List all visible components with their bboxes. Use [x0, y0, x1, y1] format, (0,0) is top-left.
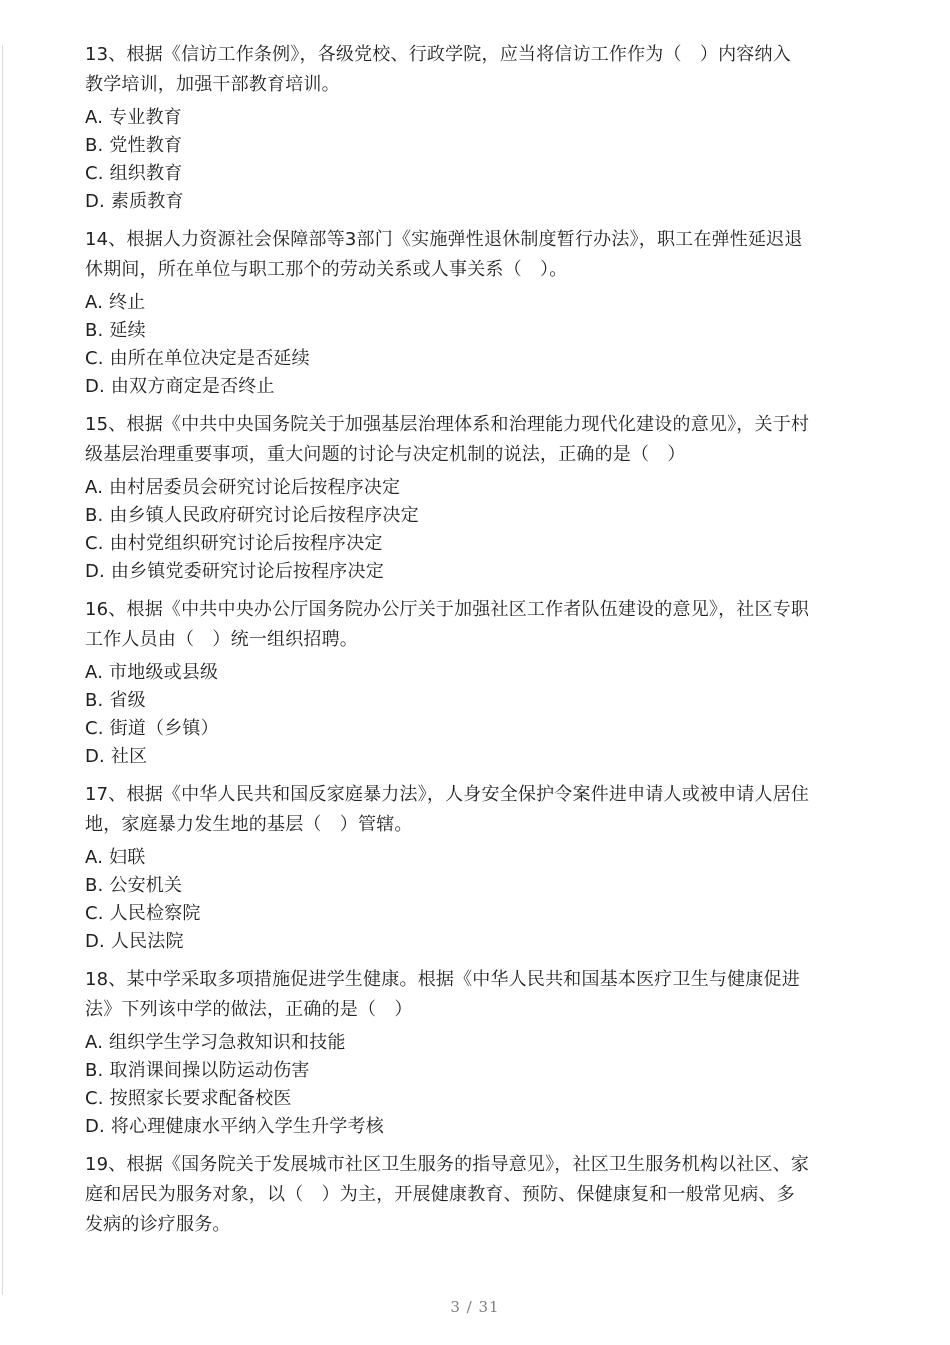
option-line: B. 取消课间操以防运动伤害: [85, 1057, 875, 1085]
option-line: A. 终止: [85, 289, 875, 317]
question-text: 18、某中学采取多项措施促进学生健康。根据《中华人民共和国基本医疗卫生与健康促进…: [85, 965, 875, 1025]
question-text-line: 庭和居民为服务对象，以（ ）为主，开展健康教育、预防、保健康复和一般常见病、多: [85, 1180, 875, 1210]
option-line: D. 素质教育: [85, 188, 875, 216]
question-options: A. 专业教育B. 党性教育C. 组织教育D. 素质教育: [85, 104, 875, 216]
option-line: D. 由双方商定是否终止: [85, 373, 875, 401]
question-block: 13、根据《信访工作条例》，各级党校、行政学院，应当将信访工作作为（ ）内容纳入…: [85, 40, 875, 216]
question-text-line: 18、某中学采取多项措施促进学生健康。根据《中华人民共和国基本医疗卫生与健康促进: [85, 965, 875, 995]
question-text-line: 教学培训，加强干部教育培训。: [85, 70, 875, 100]
option-line: C. 按照家长要求配备校医: [85, 1085, 875, 1113]
question-text-line: 19、根据《国务院关于发展城市社区卫生服务的指导意见》，社区卫生服务机构以社区、…: [85, 1150, 875, 1180]
question-block: 18、某中学采取多项措施促进学生健康。根据《中华人民共和国基本医疗卫生与健康促进…: [85, 965, 875, 1141]
page-number: 3 / 31: [450, 1298, 499, 1316]
page-edge-divider: [2, 45, 3, 1295]
option-line: D. 人民法院: [85, 928, 875, 956]
question-text-line: 级基层治理重要事项，重大问题的讨论与决定机制的说法，正确的是（ ）: [85, 440, 875, 470]
question-text-line: 休期间，所在单位与职工那个的劳动关系或人事关系（ ）。: [85, 255, 875, 285]
question-options: A. 由村居委员会研究讨论后按程序决定B. 由乡镇人民政府研究讨论后按程序决定C…: [85, 474, 875, 586]
question-options: A. 终止B. 延续C. 由所在单位决定是否延续D. 由双方商定是否终止: [85, 289, 875, 401]
option-line: C. 街道（乡镇）: [85, 715, 875, 743]
option-line: B. 公安机关: [85, 872, 875, 900]
option-line: B. 党性教育: [85, 132, 875, 160]
option-line: B. 省级: [85, 687, 875, 715]
question-text: 16、根据《中共中央办公厅国务院办公厅关于加强社区工作者队伍建设的意见》，社区专…: [85, 595, 875, 655]
question-block: 16、根据《中共中央办公厅国务院办公厅关于加强社区工作者队伍建设的意见》，社区专…: [85, 595, 875, 771]
option-line: C. 人民检察院: [85, 900, 875, 928]
question-text-line: 工作人员由（ ）统一组织招聘。: [85, 625, 875, 655]
option-line: D. 将心理健康水平纳入学生升学考核: [85, 1113, 875, 1141]
question-text-line: 16、根据《中共中央办公厅国务院办公厅关于加强社区工作者队伍建设的意见》，社区专…: [85, 595, 875, 625]
option-line: C. 组织教育: [85, 160, 875, 188]
question-text-line: 地，家庭暴力发生地的基层（ ）管辖。: [85, 810, 875, 840]
question-text: 17、根据《中华人民共和国反家庭暴力法》，人身安全保护令案件进申请人或被申请人居…: [85, 780, 875, 840]
option-line: C. 由村党组织研究讨论后按程序决定: [85, 530, 875, 558]
question-text: 19、根据《国务院关于发展城市社区卫生服务的指导意见》，社区卫生服务机构以社区、…: [85, 1150, 875, 1240]
question-block: 14、根据人力资源社会保障部等3部门《实施弹性退休制度暂行办法》，职工在弹性延迟…: [85, 225, 875, 401]
option-line: A. 由村居委员会研究讨论后按程序决定: [85, 474, 875, 502]
question-text: 15、根据《中共中央国务院关于加强基层治理体系和治理能力现代化建设的意见》，关于…: [85, 410, 875, 470]
question-text-line: 13、根据《信访工作条例》，各级党校、行政学院，应当将信访工作作为（ ）内容纳入: [85, 40, 875, 70]
option-line: A. 组织学生学习急救知识和技能: [85, 1029, 875, 1057]
question-block: 15、根据《中共中央国务院关于加强基层治理体系和治理能力现代化建设的意见》，关于…: [85, 410, 875, 586]
question-list: 13、根据《信访工作条例》，各级党校、行政学院，应当将信访工作作为（ ）内容纳入…: [85, 40, 875, 1249]
option-line: A. 专业教育: [85, 104, 875, 132]
question-options: A. 市地级或县级B. 省级C. 街道（乡镇）D. 社区: [85, 659, 875, 771]
question-text-line: 15、根据《中共中央国务院关于加强基层治理体系和治理能力现代化建设的意见》，关于…: [85, 410, 875, 440]
question-block: 17、根据《中华人民共和国反家庭暴力法》，人身安全保护令案件进申请人或被申请人居…: [85, 780, 875, 956]
question-options: A. 妇联B. 公安机关C. 人民检察院D. 人民法院: [85, 844, 875, 956]
option-line: C. 由所在单位决定是否延续: [85, 345, 875, 373]
question-text-line: 14、根据人力资源社会保障部等3部门《实施弹性退休制度暂行办法》，职工在弹性延迟…: [85, 225, 875, 255]
question-options: A. 组织学生学习急救知识和技能B. 取消课间操以防运动伤害C. 按照家长要求配…: [85, 1029, 875, 1141]
option-line: D. 由乡镇党委研究讨论后按程序决定: [85, 558, 875, 586]
question-text-line: 法》下列该中学的做法，正确的是（ ）: [85, 995, 875, 1025]
option-line: D. 社区: [85, 743, 875, 771]
question-text-line: 发病的诊疗服务。: [85, 1210, 875, 1240]
question-text: 14、根据人力资源社会保障部等3部门《实施弹性退休制度暂行办法》，职工在弹性延迟…: [85, 225, 875, 285]
option-line: A. 市地级或县级: [85, 659, 875, 687]
option-line: B. 由乡镇人民政府研究讨论后按程序决定: [85, 502, 875, 530]
option-line: B. 延续: [85, 317, 875, 345]
question-text: 13、根据《信访工作条例》，各级党校、行政学院，应当将信访工作作为（ ）内容纳入…: [85, 40, 875, 100]
option-line: A. 妇联: [85, 844, 875, 872]
question-text-line: 17、根据《中华人民共和国反家庭暴力法》，人身安全保护令案件进申请人或被申请人居…: [85, 780, 875, 810]
question-block: 19、根据《国务院关于发展城市社区卫生服务的指导意见》，社区卫生服务机构以社区、…: [85, 1150, 875, 1240]
page-footer: 3 / 31: [0, 1297, 950, 1316]
